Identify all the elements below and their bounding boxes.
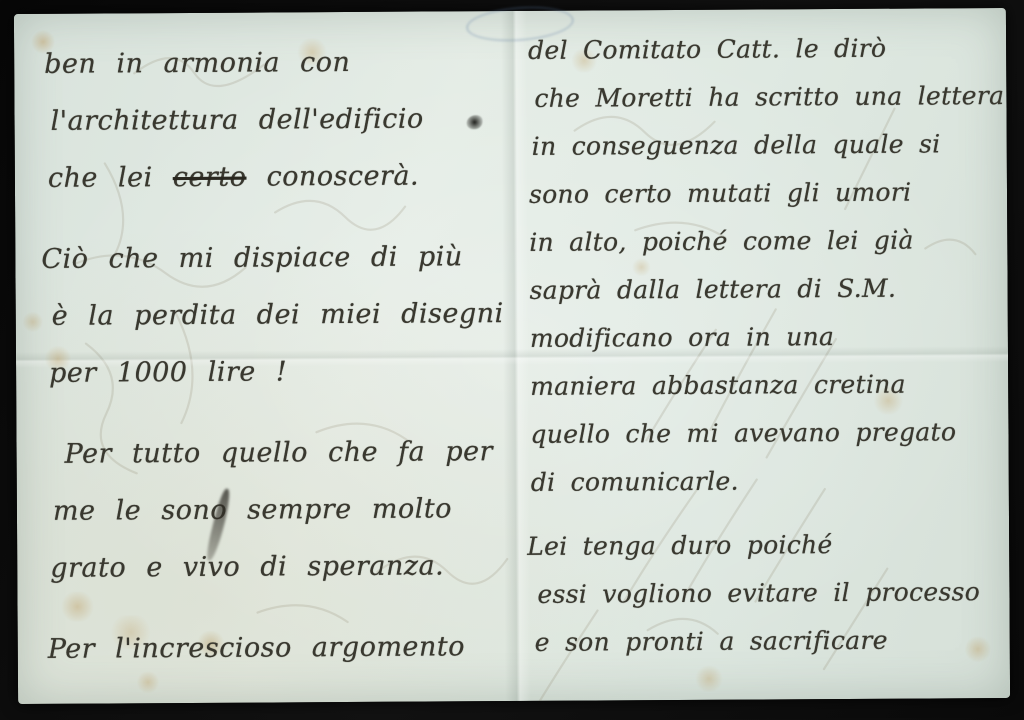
handwritten-line: Ciò che mi dispiace di più: [41, 228, 497, 288]
paragraph: Per tutto quello che fa perme le sono se…: [46, 423, 499, 597]
handwritten-line: in alto, poiché come lei già: [529, 216, 995, 267]
handwritten-line: Per l'increscioso argomento: [48, 618, 500, 678]
handwritten-line: l'architettura dell'edificio: [50, 90, 496, 150]
handwritten-line: essi vogliono evitare il processo: [537, 568, 997, 619]
struck-word: certo: [173, 162, 247, 193]
handwritten-line: e son pronti a sacrificare: [535, 616, 998, 667]
handwritten-line: maniera abbastanza cretina: [530, 360, 996, 411]
handwritten-line: grato e vivo di speranza.: [50, 537, 499, 597]
handwritten-line: in conseguenza della quale si: [532, 120, 995, 171]
handwritten-line: ben in armonia con: [44, 33, 496, 93]
paragraph: del Comitato Catt. le diròche Moretti ha…: [528, 24, 997, 507]
scan-background: ben in armonia conl'architettura dell'ed…: [0, 0, 1024, 720]
paragraph: Lei tenga duro poichéessi vogliono evita…: [531, 520, 998, 667]
handwritten-line: di comunicarle.: [531, 456, 997, 507]
handwritten-line: sono certo mutati gli umori: [529, 168, 995, 219]
letter-sheet: ben in armonia conl'architettura dell'ed…: [14, 8, 1010, 704]
handwritten-line: che lei certo conoscerà.: [48, 147, 497, 207]
handwritten-line: quello che mi avevano pregato: [530, 408, 996, 459]
handwritten-line: Lei tenga duro poiché: [527, 520, 997, 571]
handwritten-line: modificano ora in una: [530, 312, 996, 363]
handwritten-line: è la perdita dei miei disegni: [52, 285, 498, 345]
handwritten-line: che Moretti ha scritto una lettera: [534, 72, 994, 123]
handwritten-line: saprà dalla lettera di S.M.: [529, 264, 995, 315]
handwritten-line: Per tutto quello che fa per: [64, 423, 498, 483]
paragraph: ben in armonia conl'architettura dell'ed…: [44, 33, 497, 207]
center-fold-crease: [501, 11, 531, 701]
handwritten-line: me le sono sempre molto: [53, 480, 499, 540]
handwritten-line: del Comitato Catt. le dirò: [528, 24, 994, 75]
left-page: ben in armonia conl'architettura dell'ed…: [44, 33, 500, 702]
right-page: del Comitato Catt. le diròche Moretti ha…: [528, 24, 998, 683]
paragraph: Per l'increscioso argomento: [48, 618, 500, 678]
handwritten-line: per 1000 lire !: [49, 342, 498, 402]
paragraph: Ciò che mi dispiace di piùè la perdita d…: [45, 228, 498, 402]
